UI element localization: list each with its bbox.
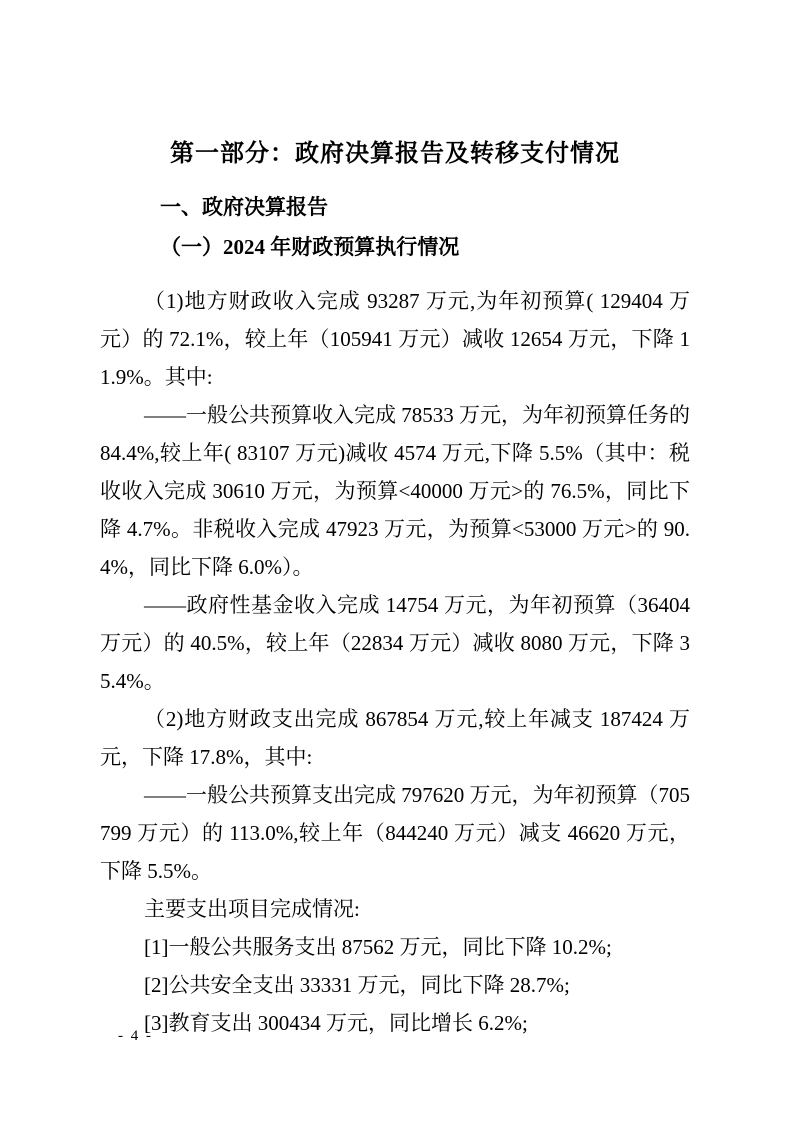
subsection-heading: （一）2024 年财政预算执行情况 — [100, 232, 690, 262]
document-page: 第一部分：政府决算报告及转移支付情况 一、政府决算报告 （一）2024 年财政预… — [0, 0, 793, 1122]
list-item-public-safety: [2]公共安全支出 33331 万元，同比下降 28.7%; — [100, 966, 690, 1004]
paragraph-local-revenue: （1)地方财政收入完成 93287 万元,为年初预算( 129404 万元）的 … — [100, 282, 690, 396]
page-number: - 4 - — [118, 1028, 153, 1045]
paragraph-public-budget-revenue: ——一般公共预算收入完成 78533 万元，为年初预算任务的 84.4%,较上年… — [100, 396, 690, 586]
document-title: 第一部分：政府决算报告及转移支付情况 — [100, 140, 690, 168]
document-body: （1)地方财政收入完成 93287 万元,为年初预算( 129404 万元）的 … — [100, 282, 690, 1042]
paragraph-main-expenditure-intro: 主要支出项目完成情况: — [100, 890, 690, 928]
paragraph-local-expenditure: （2)地方财政支出完成 867854 万元,较上年减支 187424 万元，下降… — [100, 700, 690, 776]
paragraph-public-budget-expenditure: ——一般公共预算支出完成 797620 万元，为年初预算（705799 万元）的… — [100, 776, 690, 890]
section-heading: 一、政府决算报告 — [100, 192, 690, 222]
list-item-education: [3]教育支出 300434 万元，同比增长 6.2%; — [100, 1004, 690, 1042]
paragraph-government-fund-revenue: ——政府性基金收入完成 14754 万元，为年初预算（36404 万元）的 40… — [100, 586, 690, 700]
list-item-general-public-services: [1]一般公共服务支出 87562 万元，同比下降 10.2%; — [100, 928, 690, 966]
